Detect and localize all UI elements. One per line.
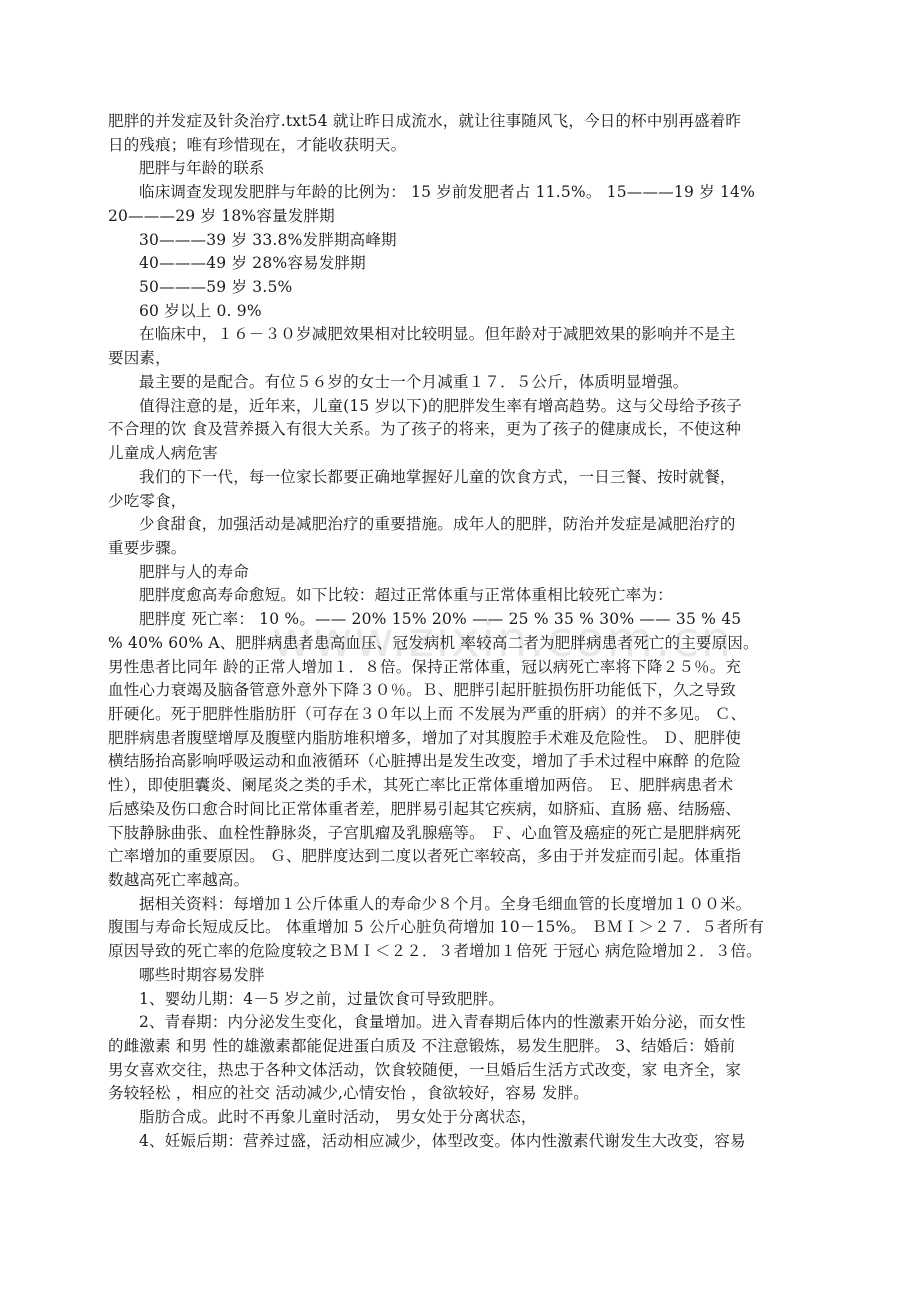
text-line: 肥胖度 死亡率： 10 %。—— 20% 15% 20% —— 25 % 35 … bbox=[108, 608, 808, 632]
text-line: 脂肪合成。此时不再象儿童时活动， 男女处于分离状态， bbox=[108, 1106, 808, 1130]
text-line: 肥胖与人的寿命 bbox=[108, 561, 808, 585]
text-line: 2、青春期：内分泌发生变化，食量增加。进入青春期后体内的性激素开始分泌，而女性 bbox=[108, 1011, 808, 1035]
text-line: 少食甜食，加强活动是减肥治疗的重要措施。成年人的肥胖，防治并发症是减肥治疗的 bbox=[108, 513, 808, 537]
text-line: 20———29 岁 18%容量发胖期 bbox=[108, 205, 808, 229]
text-line: 临床调查发现发肥胖与年龄的比例为： 15 岁前发肥者占 11.5%。 15———… bbox=[108, 181, 808, 205]
text-line: 的雌激素 和男 性的雄激素都能促进蛋白质及 不注意锻炼，易发生肥胖。 3、结婚后… bbox=[108, 1035, 808, 1059]
text-line: 男女喜欢交往，热忠于各种文体活动，饮食较随便，一旦婚后生活方式改变，家 电齐全，… bbox=[108, 1059, 808, 1083]
text-line: 要因素， bbox=[108, 347, 808, 371]
text-line: 1、婴幼儿期：4－5 岁之前，过量饮食可导致肥胖。 bbox=[108, 988, 808, 1012]
text-line: 值得注意的是，近年来，儿童(15 岁以下)的肥胖发生率有增高趋势。这与父母给予孩… bbox=[108, 395, 808, 419]
text-line: % 40% 60% A、肥胖病患者患高血压、冠发病机 率较高二者为肥胖病患者死亡… bbox=[108, 632, 808, 656]
text-line: 据相关资料：每增加１公斤体重人的寿命少８个月。全身毛细血管的长度增加１００米。 bbox=[108, 893, 808, 917]
text-line: 4、妊娠后期：营养过盛，活动相应减少，体型改变。体内性激素代谢发生大改变，容易 bbox=[108, 1130, 808, 1154]
text-line: 后感染及伤口愈合时间比正常体重者差，肥胖易引起其它疾病，如脐疝、直肠 癌、结肠癌… bbox=[108, 798, 808, 822]
text-line: 横结肠抬高影响呼吸运动和血液循环（心脏搏出是发生改变，增加了手术过程中麻醉 的危… bbox=[108, 750, 808, 774]
text-line: 50———59 岁 3.5% bbox=[108, 276, 808, 300]
text-line: 肝硬化。死于肥胖性脂肪肝（可存在３０年以上而 不发展为严重的肝病）的并不多见。 … bbox=[108, 703, 808, 727]
text-line: 我们的下一代，每一位家长都要正确地掌握好儿童的饮食方式，一日三餐、按时就餐， bbox=[108, 466, 808, 490]
text-line: 不合理的饮 食及营养摄入有很大关系。为了孩子的将来，更为了孩子的健康成长，不使这… bbox=[108, 418, 808, 442]
text-line: 务较轻松 ，相应的社交 活动减少,心情安怡 ，食欲较好，容易 发胖。 bbox=[108, 1082, 808, 1106]
document-body: 肥胖的并发症及针灸治疗.txt54 就让昨日成流水，就让往事随风飞，今日的杯中别… bbox=[108, 110, 808, 1154]
text-line: 亡率增加的重要原因。 Ｇ、肥胖度达到二度以者死亡率较高，多由于并发症而引起。体重… bbox=[108, 845, 808, 869]
text-line: 重要步骤。 bbox=[108, 537, 808, 561]
text-line: 肥胖与年龄的联系 bbox=[108, 157, 808, 181]
text-line: 肥胖度愈高寿命愈短。如下比较：超过正常体重与正常体重相比较死亡率为： bbox=[108, 584, 808, 608]
text-line: 少吃零食， bbox=[108, 490, 808, 514]
text-line: 腹围与寿命长短成反比。 体重增加 5 公斤心脏负荷增加 10－15%。 ＢＭＩ＞… bbox=[108, 916, 808, 940]
text-line: 下肢静脉曲张、血栓性静脉炎，子宫肌瘤及乳腺癌等。 Ｆ、心血管及癌症的死亡是肥胖病… bbox=[108, 822, 808, 846]
text-line: 40———49 岁 28%容易发胖期 bbox=[108, 252, 808, 276]
text-line: 儿童成人病危害 bbox=[108, 442, 808, 466]
text-line: 肥胖的并发症及针灸治疗.txt54 就让昨日成流水，就让往事随风飞，今日的杯中别… bbox=[108, 110, 808, 134]
text-line: 数越高死亡率越高。 bbox=[108, 869, 808, 893]
text-line: 肥胖病患者腹壁增厚及腹壁内脂肪堆积增多，增加了对其腹腔手术难及危险性。 Ｄ、肥胖… bbox=[108, 727, 808, 751]
text-line: 性），即使胆囊炎、阑尾炎之类的手术，其死亡率比正常体重增加两倍。 Ｅ、肥胖病患者… bbox=[108, 774, 808, 798]
text-line: 哪些时期容易发胖 bbox=[108, 964, 808, 988]
text-line: 60 岁以上 0. 9% bbox=[108, 300, 808, 324]
document-page: www.zixin.com.cn 肥胖的并发症及针灸治疗.txt54 就让昨日成… bbox=[0, 0, 920, 1302]
text-line: 原因导致的死亡率的危险度较之ＢＭＩ＜２２．３者增加１倍死 于冠心 病危险增加２．… bbox=[108, 940, 808, 964]
text-line: 日的残痕；唯有珍惜现在，才能收获明天。 bbox=[108, 134, 808, 158]
text-line: 30———39 岁 33.8%发胖期高峰期 bbox=[108, 229, 808, 253]
text-line: 最主要的是配合。有位５６岁的女士一个月减重１７．５公斤，体质明显增强。 bbox=[108, 371, 808, 395]
text-line: 男性患者比同年 龄的正常人增加１．８倍。保持正常体重，冠以病死亡率将下降２５％。… bbox=[108, 656, 808, 680]
text-line: 在临床中，１６－３０岁减肥效果相对比较明显。但年龄对于减肥效果的影响并不是主 bbox=[108, 323, 808, 347]
text-line: 血性心力衰竭及脑备管意外意外下降３０％。Ｂ、肥胖引起肝脏损伤肝功能低下，久之导致 bbox=[108, 679, 808, 703]
